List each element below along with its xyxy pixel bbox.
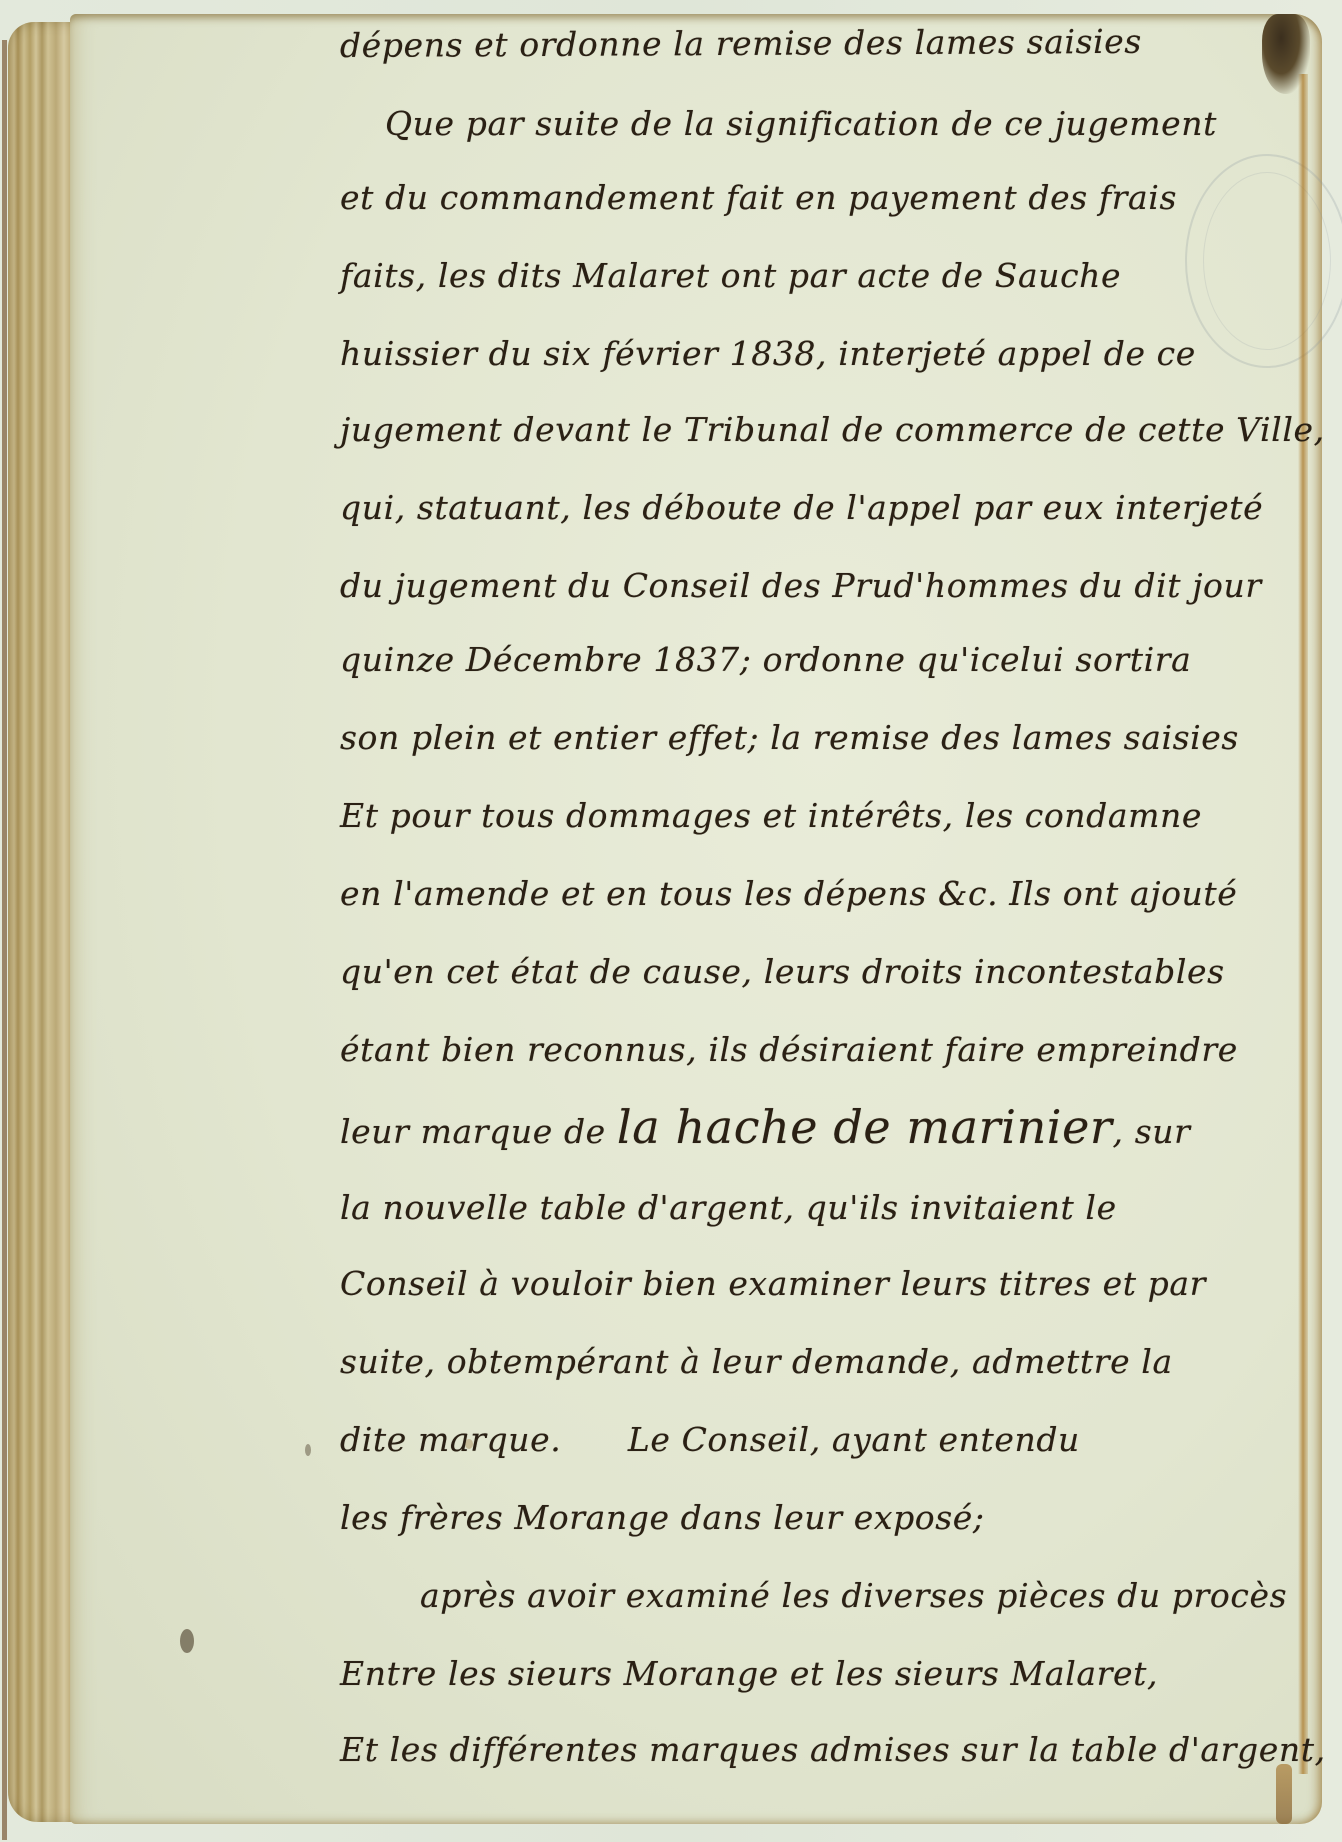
handwritten-text-block-lower — [0, 0, 1342, 1842]
